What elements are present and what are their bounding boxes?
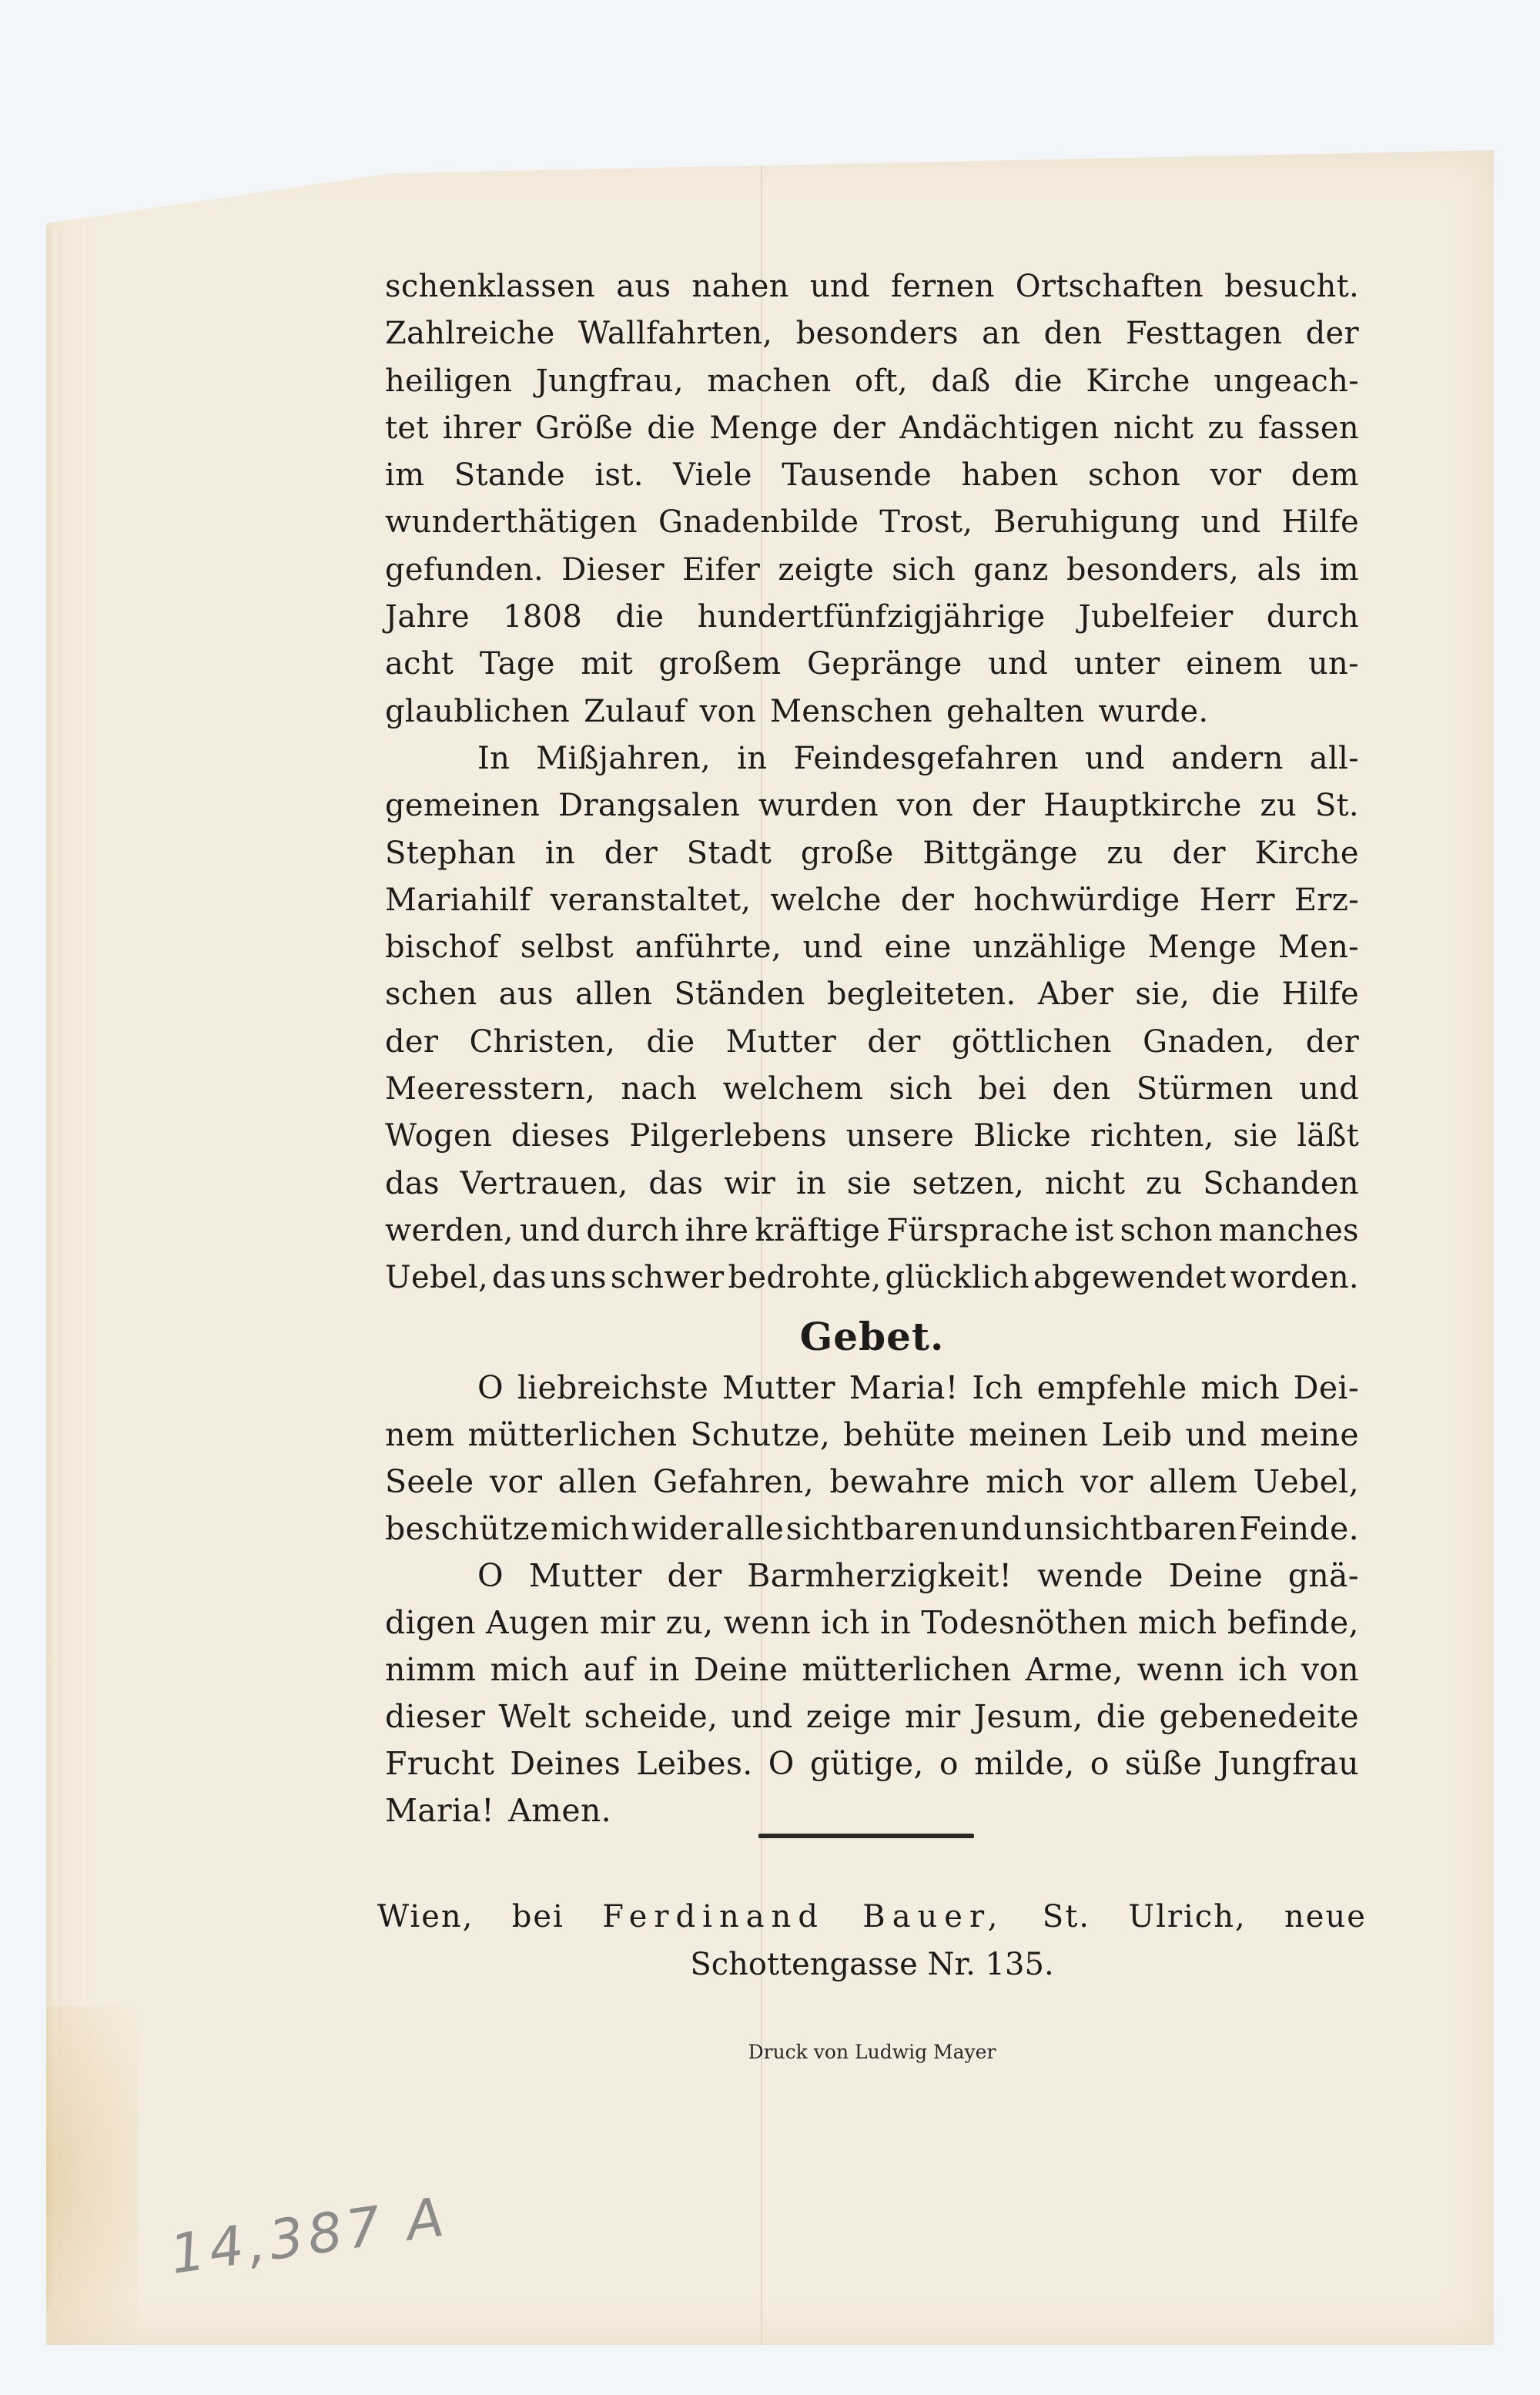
text-line: ZahlreicheWallfahrten,besondersandenFest… <box>385 310 1359 357</box>
text-line: Meeresstern,nachwelchemsichbeidenStürmen… <box>385 1066 1359 1113</box>
text-line: OliebreichsteMutterMaria!Ichempfehlemich… <box>385 1365 1359 1412</box>
imprint-word: bei <box>512 1893 564 1941</box>
imprint-district: Ulrich, <box>1128 1893 1246 1941</box>
text-line: werden,unddurchihrekräftigeFürspracheist… <box>385 1208 1359 1254</box>
text-line: WogendiesesPilgerlebensunsereBlickericht… <box>385 1113 1359 1160</box>
text-line: achtTagemitgroßemGeprängeunduntereinemun… <box>385 641 1359 688</box>
text-line: Jahre1808diehundertfünfzigjährigeJubelfe… <box>385 594 1359 641</box>
text-line: wunderthätigenGnadenbildeTrost,Beruhigun… <box>385 499 1359 546</box>
paragraph-1: schenklassenausnahenundfernenOrtschaften… <box>385 263 1359 735</box>
text-line: dasVertrauen,daswirinsiesetzen,nichtzuSc… <box>385 1161 1359 1208</box>
text-line: Uebel,dasunsschwerbedrohte,glücklichabge… <box>385 1254 1359 1301</box>
text-line: digenAugenmirzu,wennichinTodesnöthenmich… <box>385 1599 1359 1646</box>
text-line: beschützemichwiderallesichtbarenundunsic… <box>385 1506 1359 1553</box>
text-line: OMutterderBarmherzigkeit!wendeDeinegnä- <box>385 1553 1359 1599</box>
imprint-line-1: Wien, bei Ferdinand Bauer, St. Ulrich, n… <box>377 1893 1367 1941</box>
text-line: dieserWeltscheide,undzeigemirJesum,diege… <box>385 1693 1359 1740</box>
text-line: SeelevorallenGefahren,bewahremichvoralle… <box>385 1459 1359 1506</box>
text-line: imStandeist.VieleTausendehabenschonvorde… <box>385 452 1359 499</box>
text-line: nemmütterlichenSchutze,behütemeinenLeibu… <box>385 1412 1359 1459</box>
paragraph-2: InMißjahren,inFeindesgefahrenundandernal… <box>385 735 1359 1302</box>
text-line: Mariahilfveranstaltet,welchederhochwürdi… <box>385 877 1359 924</box>
text-line: schenklassenausnahenundfernenOrtschaften… <box>385 263 1359 310</box>
text-line: heiligenJungfrau,machenoft,daßdieKircheu… <box>385 358 1359 405</box>
text-line: gefunden.DieserEiferzeigtesichganzbesond… <box>385 547 1359 594</box>
imprint-district-prefix: St. <box>1043 1893 1090 1941</box>
paper-left-edge <box>46 227 57 2306</box>
text-line: tetihrerGrößedieMengederAndächtigennicht… <box>385 405 1359 452</box>
text-line: schenausallenStändenbegleiteten.Abersie,… <box>385 971 1359 1018</box>
printer-credit: Druck von Ludwig Mayer <box>377 2041 1367 2063</box>
text-line: FruchtDeinesLeibes.Ogütige,omilde,osüßeJ… <box>385 1740 1359 1787</box>
text-line: StephaninderStadtgroßeBittgängezuderKirc… <box>385 830 1359 877</box>
imprint-city: Wien, <box>377 1893 474 1941</box>
text-line: glaublichenZulaufvonMenschengehaltenwurd… <box>385 688 1359 735</box>
text-line: bischofselbstanführte,undeineunzähligeMe… <box>385 924 1359 971</box>
prayer-paragraph-2: OMutterderBarmherzigkeit!wendeDeinegnä- … <box>385 1553 1359 1834</box>
imprint-publisher-first-name: Ferdinand <box>602 1893 825 1941</box>
imprint-line-2: Schottengasse Nr. 135. <box>377 1941 1367 1988</box>
prayer-heading: Gebet. <box>385 1313 1359 1360</box>
foxing-stain <box>46 2006 139 2345</box>
text-line: Maria!Amen. <box>385 1787 1359 1834</box>
separator-rule <box>758 1834 974 1838</box>
text-line: nimmmichaufinDeinemütterlichenArme,wenni… <box>385 1646 1359 1693</box>
publisher-imprint: Wien, bei Ferdinand Bauer, St. Ulrich, n… <box>377 1893 1367 1988</box>
text-line: InMißjahren,inFeindesgefahrenundandernal… <box>385 735 1359 782</box>
text-line: derChristen,dieMutterdergöttlichenGnaden… <box>385 1019 1359 1066</box>
prayer-paragraph-1: OliebreichsteMutterMaria!Ichempfehlemich… <box>385 1365 1359 1553</box>
body-text: schenklassenausnahenundfernenOrtschaften… <box>385 263 1359 1834</box>
imprint-street-prefix: neue <box>1284 1893 1367 1941</box>
imprint-publisher-last-name: Bauer, <box>862 1893 1004 1941</box>
text-line: gemeinenDrangsalenwurdenvonderHauptkirch… <box>385 782 1359 829</box>
